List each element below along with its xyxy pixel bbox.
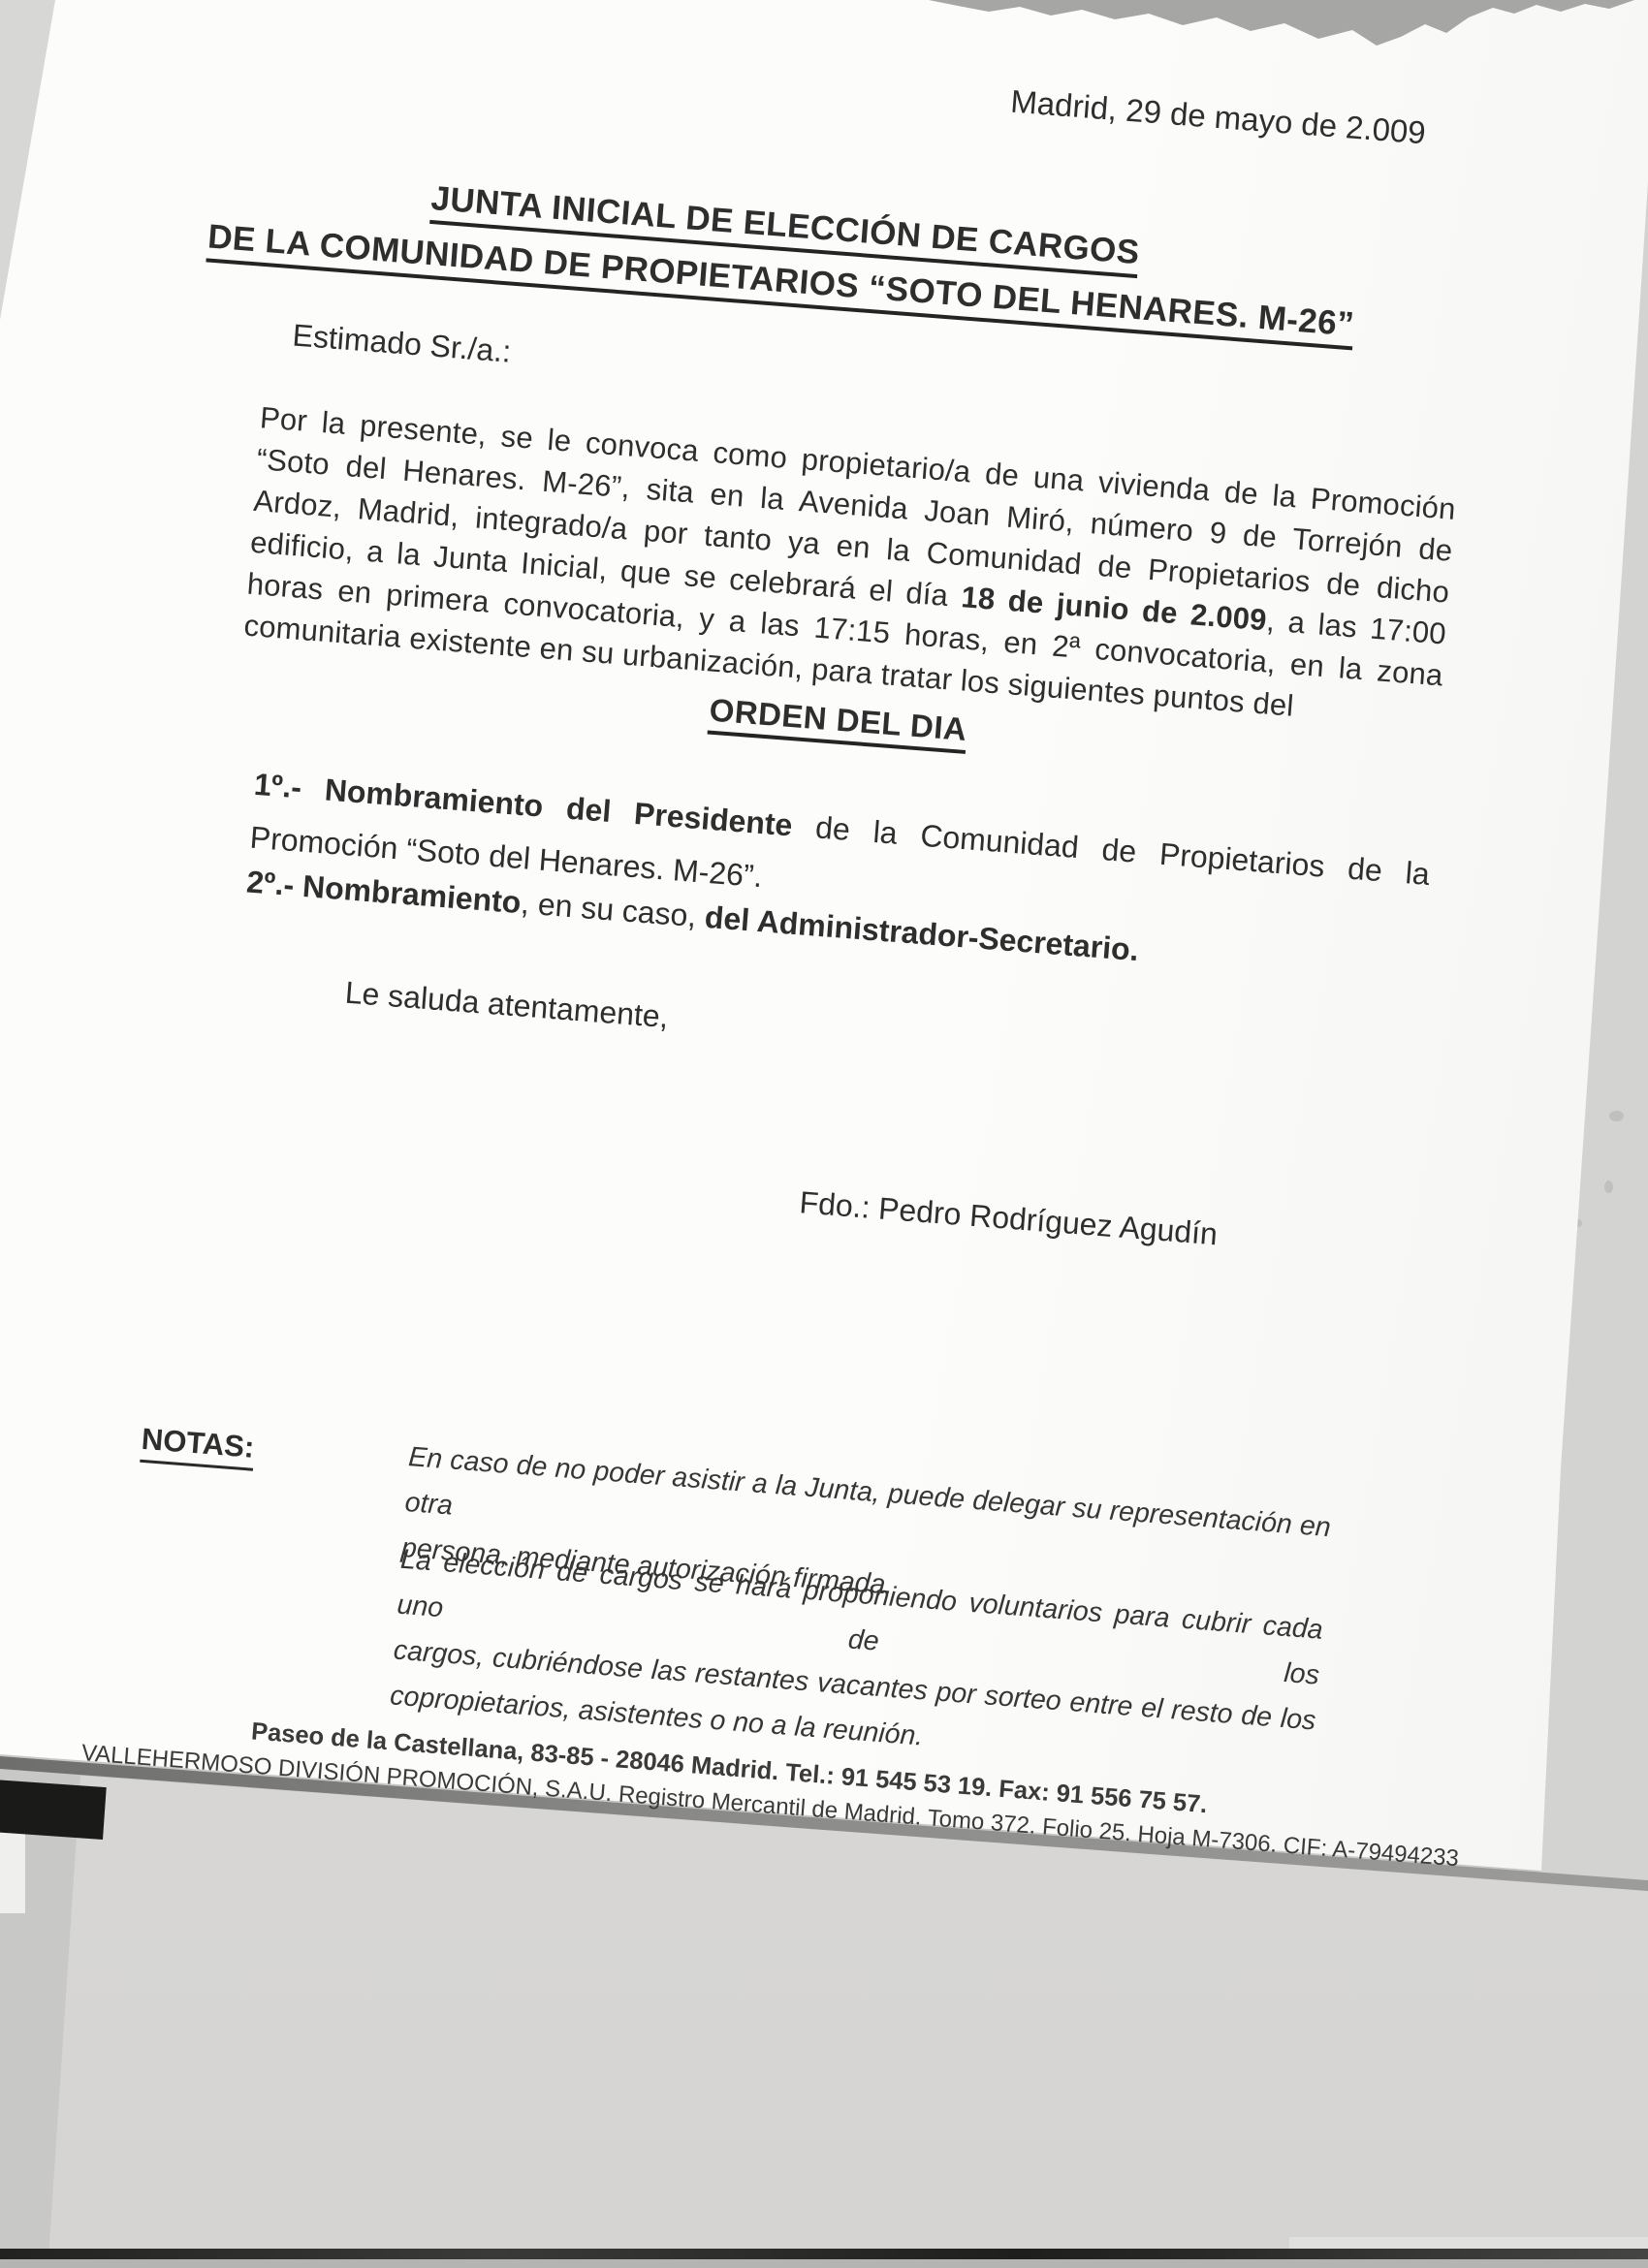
scan-smudge <box>1609 1111 1624 1121</box>
scanned-document: Madrid, 29 de mayo de 2.009 JUNTA INICIA… <box>0 0 1648 2268</box>
salutation: Estimado Sr./a.: <box>291 317 512 369</box>
letter-content: Madrid, 29 de mayo de 2.009 JUNTA INICIA… <box>0 0 1566 2056</box>
signature-line: Fdo.: Pedro Rodríguez Agudín <box>798 1184 1219 1252</box>
scanner-strip-dark <box>0 2249 1648 2259</box>
scan-smudge <box>1604 1181 1613 1193</box>
letter-date: Madrid, 29 de mayo de 2.009 <box>1009 83 1427 152</box>
closing-line: Le saluda atentamente, <box>344 975 670 1036</box>
notes-label: NOTAS: <box>141 1422 256 1465</box>
scanner-strip-bottom <box>0 2259 1648 2268</box>
